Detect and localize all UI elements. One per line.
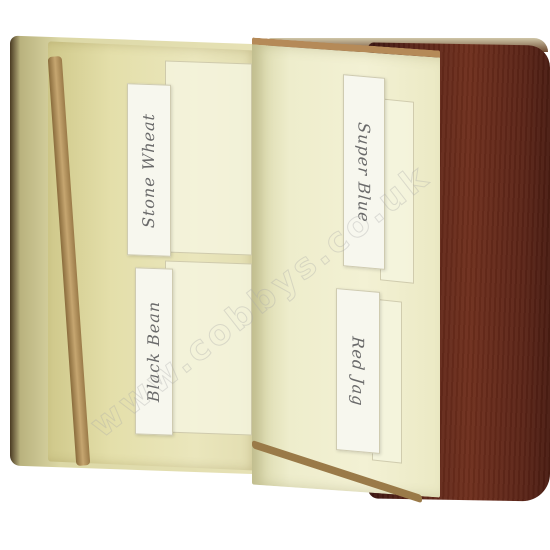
label-text: Red Jag	[349, 335, 368, 407]
label-text: Stone Wheat	[140, 112, 159, 228]
seed-label-bottom-right: Red Jag	[336, 288, 380, 454]
seed-label-top-left: Stone Wheat	[127, 83, 171, 257]
pocket-top-left	[165, 60, 252, 255]
